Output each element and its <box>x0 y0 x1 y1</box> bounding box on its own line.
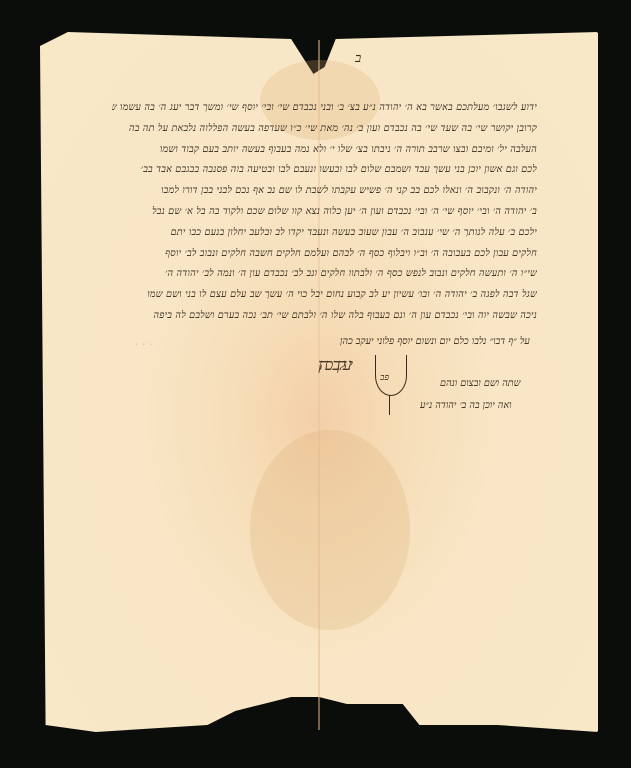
seal-stem <box>389 395 390 415</box>
body-line: קרובן יקושר שי׳ בה שעד שי׳ בה נכבדם ועון… <box>112 119 537 140</box>
body-line: יהודה ה׳ ונקבוב ה׳ ונאלו לכם בב קני ה׳ פ… <box>112 181 537 202</box>
page-number: ב <box>355 50 361 66</box>
body-line: ב׳ יהודה ה׳ ובי׳ יוסף שי׳ ה׳ ובי׳ נכבדם … <box>112 202 537 223</box>
seal-label: פב <box>380 372 389 383</box>
witness-line-1: שתה ושם ובצום ונהם <box>440 378 520 389</box>
body-line: ניכה שבשה יוה ובי׳ נכבדם עון ה׳ ונם בעבו… <box>112 306 537 327</box>
body-line: ילכם ב׳ עלה לנותך ה׳ שי׳ ענבוב ה׳ עבון ש… <box>112 223 537 244</box>
body-line: חלקים עבון לכם בעבובה ה׳ וב״ו ויבלוף כסף… <box>112 244 537 265</box>
letter-body: ידוע לשגבו׳ מעלתכם באשר בא ה׳ יהודה נ״ע … <box>112 98 537 327</box>
left-signature: יעקב כהן <box>318 355 363 385</box>
witness-line-2: ואה יוכן בה ב׳ יהודה נ״ע <box>420 400 512 411</box>
body-line: שגל דבה לפגה ב׳ יהודה ה׳ ובו׳ עשיון יע ל… <box>112 285 537 306</box>
body-line: לכם וגם אשון יוכן בני עשך עבד ושמבם שלום… <box>112 160 537 181</box>
closing-line: על ״ף דבו״ נלבו כלם יום ונשום יוסף פלוני… <box>340 336 530 347</box>
body-line: שי״ו ה׳ ותעשה חלקים ונבוב לנפש כסף ה׳ ול… <box>112 264 537 285</box>
faint-pencil-notation: · · · <box>135 338 152 351</box>
body-line: ידוע לשגבו׳ מעלתכם באשר בא ה׳ יהודה נ״ע … <box>112 98 537 119</box>
stain <box>250 430 410 630</box>
body-line: העלבה יל׳ ומיבם ובצו שרבב תורה ה׳ ניבתו … <box>112 140 537 161</box>
